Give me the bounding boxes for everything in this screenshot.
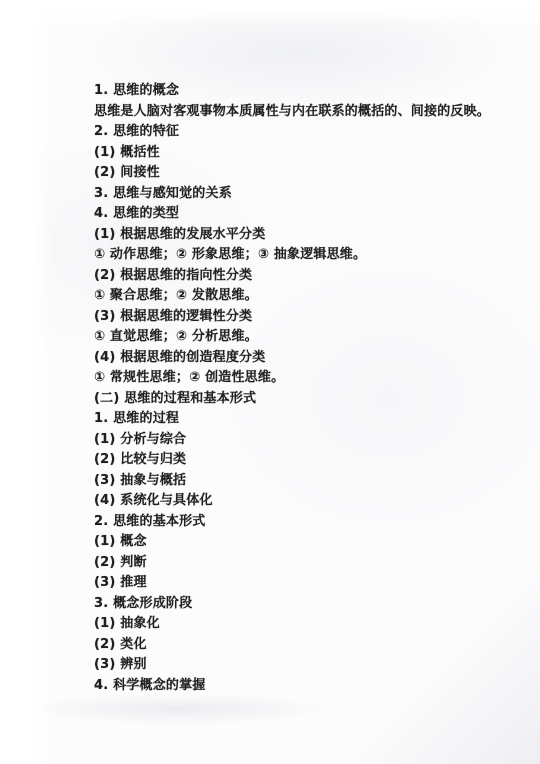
text-line: (4) 系统化与具体化 — [94, 491, 494, 512]
text-line: (3) 推理 — [94, 573, 494, 594]
text-line: 思维是人脑对客观事物本质属性与内在联系的概括的、间接的反映。 — [94, 102, 494, 123]
text-line: (1) 根据思维的发展水平分类 — [94, 225, 494, 246]
text-line: (2) 根据思维的指向性分类 — [94, 266, 494, 287]
text-line: ① 动作思维；② 形象思维；③ 抽象逻辑思维。 — [94, 245, 494, 266]
text-line: 1. 思维的概念 — [94, 81, 494, 102]
text-line: 1. 思维的过程 — [94, 409, 494, 430]
scanned-document-page: 1. 思维的概念 思维是人脑对客观事物本质属性与内在联系的概括的、间接的反映。 … — [0, 0, 540, 764]
text-line: (3) 辨别 — [94, 655, 494, 676]
text-line: (4) 根据思维的创造程度分类 — [94, 348, 494, 369]
text-line: 3. 概念形成阶段 — [94, 594, 494, 615]
text-line: 4. 科学概念的掌握 — [94, 676, 494, 697]
text-line: (二) 思维的过程和基本形式 — [94, 389, 494, 410]
text-line: ① 聚合思维；② 发散思维。 — [94, 286, 494, 307]
text-line: 2. 思维的基本形式 — [94, 512, 494, 533]
text-line: (2) 判断 — [94, 553, 494, 574]
text-line: (1) 抽象化 — [94, 614, 494, 635]
text-line: 3. 思维与感知觉的关系 — [94, 184, 494, 205]
text-line: 2. 思维的特征 — [94, 122, 494, 143]
text-line: (1) 概念 — [94, 532, 494, 553]
text-line: 4. 思维的类型 — [94, 204, 494, 225]
text-line: (2) 比较与归类 — [94, 450, 494, 471]
text-line: (3) 根据思维的逻辑性分类 — [94, 307, 494, 328]
text-line: ① 直觉思维；② 分析思维。 — [94, 327, 494, 348]
text-line: (3) 抽象与概括 — [94, 471, 494, 492]
text-line: ① 常规性思维；② 创造性思维。 — [94, 368, 494, 389]
text-line: (2) 类化 — [94, 635, 494, 656]
text-line: (1) 概括性 — [94, 143, 494, 164]
text-line: (2) 间接性 — [94, 163, 494, 184]
text-line: (1) 分析与综合 — [94, 430, 494, 451]
text-block: 1. 思维的概念 思维是人脑对客观事物本质属性与内在联系的概括的、间接的反映。 … — [94, 81, 494, 696]
